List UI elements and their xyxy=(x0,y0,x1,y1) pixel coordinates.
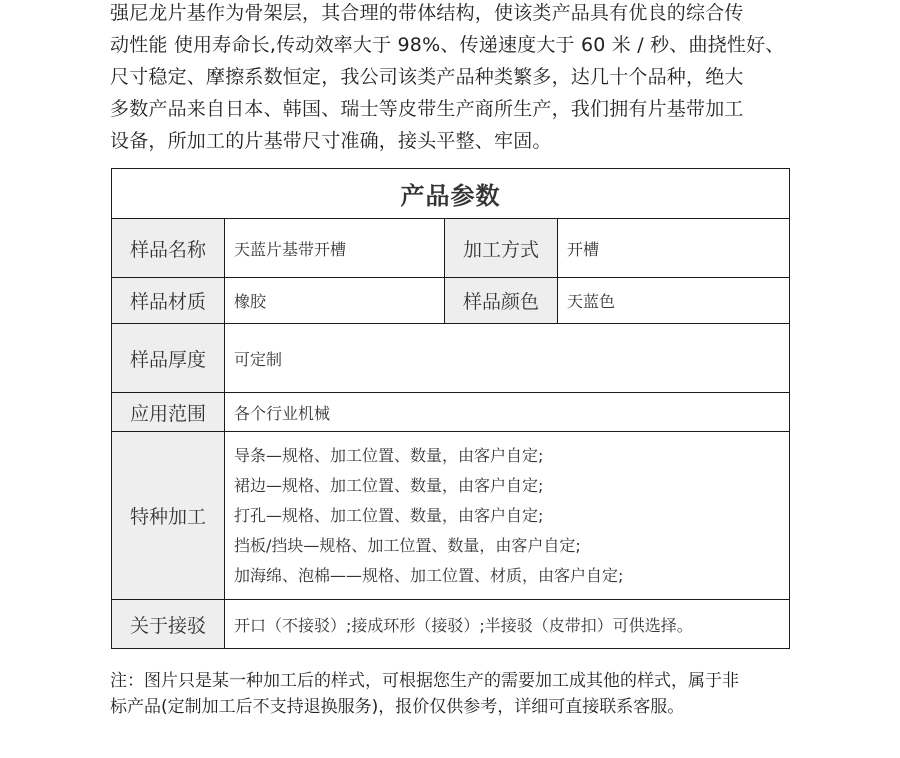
intro-paragraph: 强尼龙片基作为骨架层，其合理的带体结构，使该类产品具有优良的综合传 动性能 使用… xyxy=(110,0,800,157)
special-processing-line: 打孔—规格、加工位置、数量，由客户自定; xyxy=(234,501,789,531)
note-line: 注：图片只是某一种加工后的样式，可根据您生产的需要加工成其他的样式，属于非 xyxy=(110,668,800,694)
table-title: 产品参数 xyxy=(112,169,790,219)
splicing-label: 关于接驳 xyxy=(112,600,225,649)
sample-material-value: 橡胶 xyxy=(225,278,445,324)
splicing-value: 开口（不接驳）;接成环形（接驳）;半接驳（皮带扣）可供选择。 xyxy=(225,600,790,649)
sample-thickness-value: 可定制 xyxy=(225,324,790,393)
note-paragraph: 注：图片只是某一种加工后的样式，可根据您生产的需要加工成其他的样式，属于非 标产… xyxy=(110,668,800,720)
intro-line: 设备，所加工的片基带尺寸准确，接头平整、牢固。 xyxy=(110,125,800,157)
sample-name-value: 天蓝片基带开槽 xyxy=(225,219,445,278)
table-row: 关于接驳 开口（不接驳）;接成环形（接驳）;半接驳（皮带扣）可供选择。 xyxy=(112,600,790,649)
intro-line: 多数产品来自日本、韩国、瑞士等皮带生产商所生产，我们拥有片基带加工 xyxy=(110,93,800,125)
special-processing-line: 裙边—规格、加工位置、数量，由客户自定; xyxy=(234,471,789,501)
processing-method-value: 开槽 xyxy=(558,219,790,278)
intro-line: 强尼龙片基作为骨架层，其合理的带体结构，使该类产品具有优良的综合传 xyxy=(110,0,800,29)
sample-material-label: 样品材质 xyxy=(112,278,225,324)
table-row: 样品名称 天蓝片基带开槽 加工方式 开槽 xyxy=(112,219,790,278)
table-row: 样品材质 橡胶 样品颜色 天蓝色 xyxy=(112,278,790,324)
table-row: 样品厚度 可定制 xyxy=(112,324,790,393)
sample-name-label: 样品名称 xyxy=(112,219,225,278)
note-line: 标产品(定制加工后不支持退换服务)，报价仅供参考，详细可直接联系客服。 xyxy=(110,694,800,720)
application-scope-label: 应用范围 xyxy=(112,393,225,432)
special-processing-line: 挡板/挡块—规格、加工位置、数量，由客户自定; xyxy=(234,531,789,561)
sample-thickness-label: 样品厚度 xyxy=(112,324,225,393)
table-title-row: 产品参数 xyxy=(112,169,790,219)
product-parameter-table: 产品参数 样品名称 天蓝片基带开槽 加工方式 开槽 样品材质 橡胶 样品颜色 天… xyxy=(111,168,790,649)
special-processing-value: 导条—规格、加工位置、数量，由客户自定; 裙边—规格、加工位置、数量，由客户自定… xyxy=(225,432,790,600)
special-processing-line: 加海绵、泡棉——规格、加工位置、材质，由客户自定; xyxy=(234,561,789,591)
table-row: 特种加工 导条—规格、加工位置、数量，由客户自定; 裙边—规格、加工位置、数量，… xyxy=(112,432,790,600)
sample-color-value: 天蓝色 xyxy=(558,278,790,324)
table-row: 应用范围 各个行业机械 xyxy=(112,393,790,432)
processing-method-label: 加工方式 xyxy=(445,219,558,278)
special-processing-line: 导条—规格、加工位置、数量，由客户自定; xyxy=(234,441,789,471)
application-scope-value: 各个行业机械 xyxy=(225,393,790,432)
sample-color-label: 样品颜色 xyxy=(445,278,558,324)
intro-line: 动性能 使用寿命长,传动效率大于 98%、传递速度大于 60 米 / 秒、曲挠性… xyxy=(110,29,800,61)
intro-line: 尺寸稳定、摩擦系数恒定，我公司该类产品种类繁多，达几十个品种，绝大 xyxy=(110,61,800,93)
special-processing-label: 特种加工 xyxy=(112,432,225,600)
